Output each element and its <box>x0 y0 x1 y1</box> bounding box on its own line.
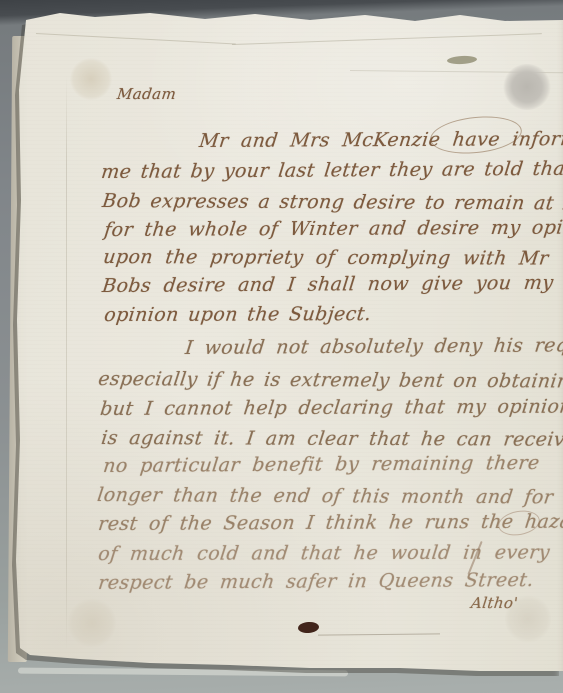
letter-page: Madam Mr and Mrs McKenzie have informed … <box>0 0 563 693</box>
catchword: Altho' <box>470 594 519 612</box>
handwritten-line: especially if he is extremely bent on ob… <box>97 368 563 393</box>
fold-crease <box>66 75 67 650</box>
handwritten-line: I would not absolutely deny his request <box>184 334 563 359</box>
ink-smudge <box>447 55 477 65</box>
handwritten-line: upon the propriety of complying with Mr <box>102 246 550 270</box>
handwritten-line: but I cannot help declaring that my opin… <box>99 396 563 420</box>
handwritten-line: is against it. I am clear that he can re… <box>100 427 563 451</box>
handwritten-line: no particular benefit by remaining there <box>102 452 541 477</box>
handwritten-line: for the whole of Winter and desire my op… <box>103 216 563 241</box>
crease-line <box>36 33 236 44</box>
handwritten-line: longer than the end of this month and fo… <box>96 484 563 509</box>
handwritten-line: of much cold and that he would in every <box>97 541 551 565</box>
photograph-backdrop: Madam Mr and Mrs McKenzie have informed … <box>0 0 563 693</box>
handwritten-line: me that by your last letter they are tol… <box>100 157 563 183</box>
stain-mark <box>70 58 112 100</box>
seal-residue-mark <box>503 64 551 110</box>
handwritten-line: Mr and Mrs McKenzie have informed <box>198 128 563 152</box>
ink-blot <box>298 621 320 633</box>
handwritten-line: opinion upon the Subject. <box>103 303 373 326</box>
handwritten-line: Bobs desire and I shall now give you my <box>101 272 555 297</box>
faint-line <box>318 633 440 635</box>
handwritten-line: rest of the Season I think he runs the h… <box>97 510 563 535</box>
crease-line <box>232 33 542 45</box>
salutation: Madam <box>116 85 177 103</box>
handwritten-line: Bob expresses a strong desire to remain … <box>101 190 563 215</box>
stain-mark <box>68 598 116 648</box>
handwritten-line: respect be much safer in Queens Street. <box>97 569 535 594</box>
